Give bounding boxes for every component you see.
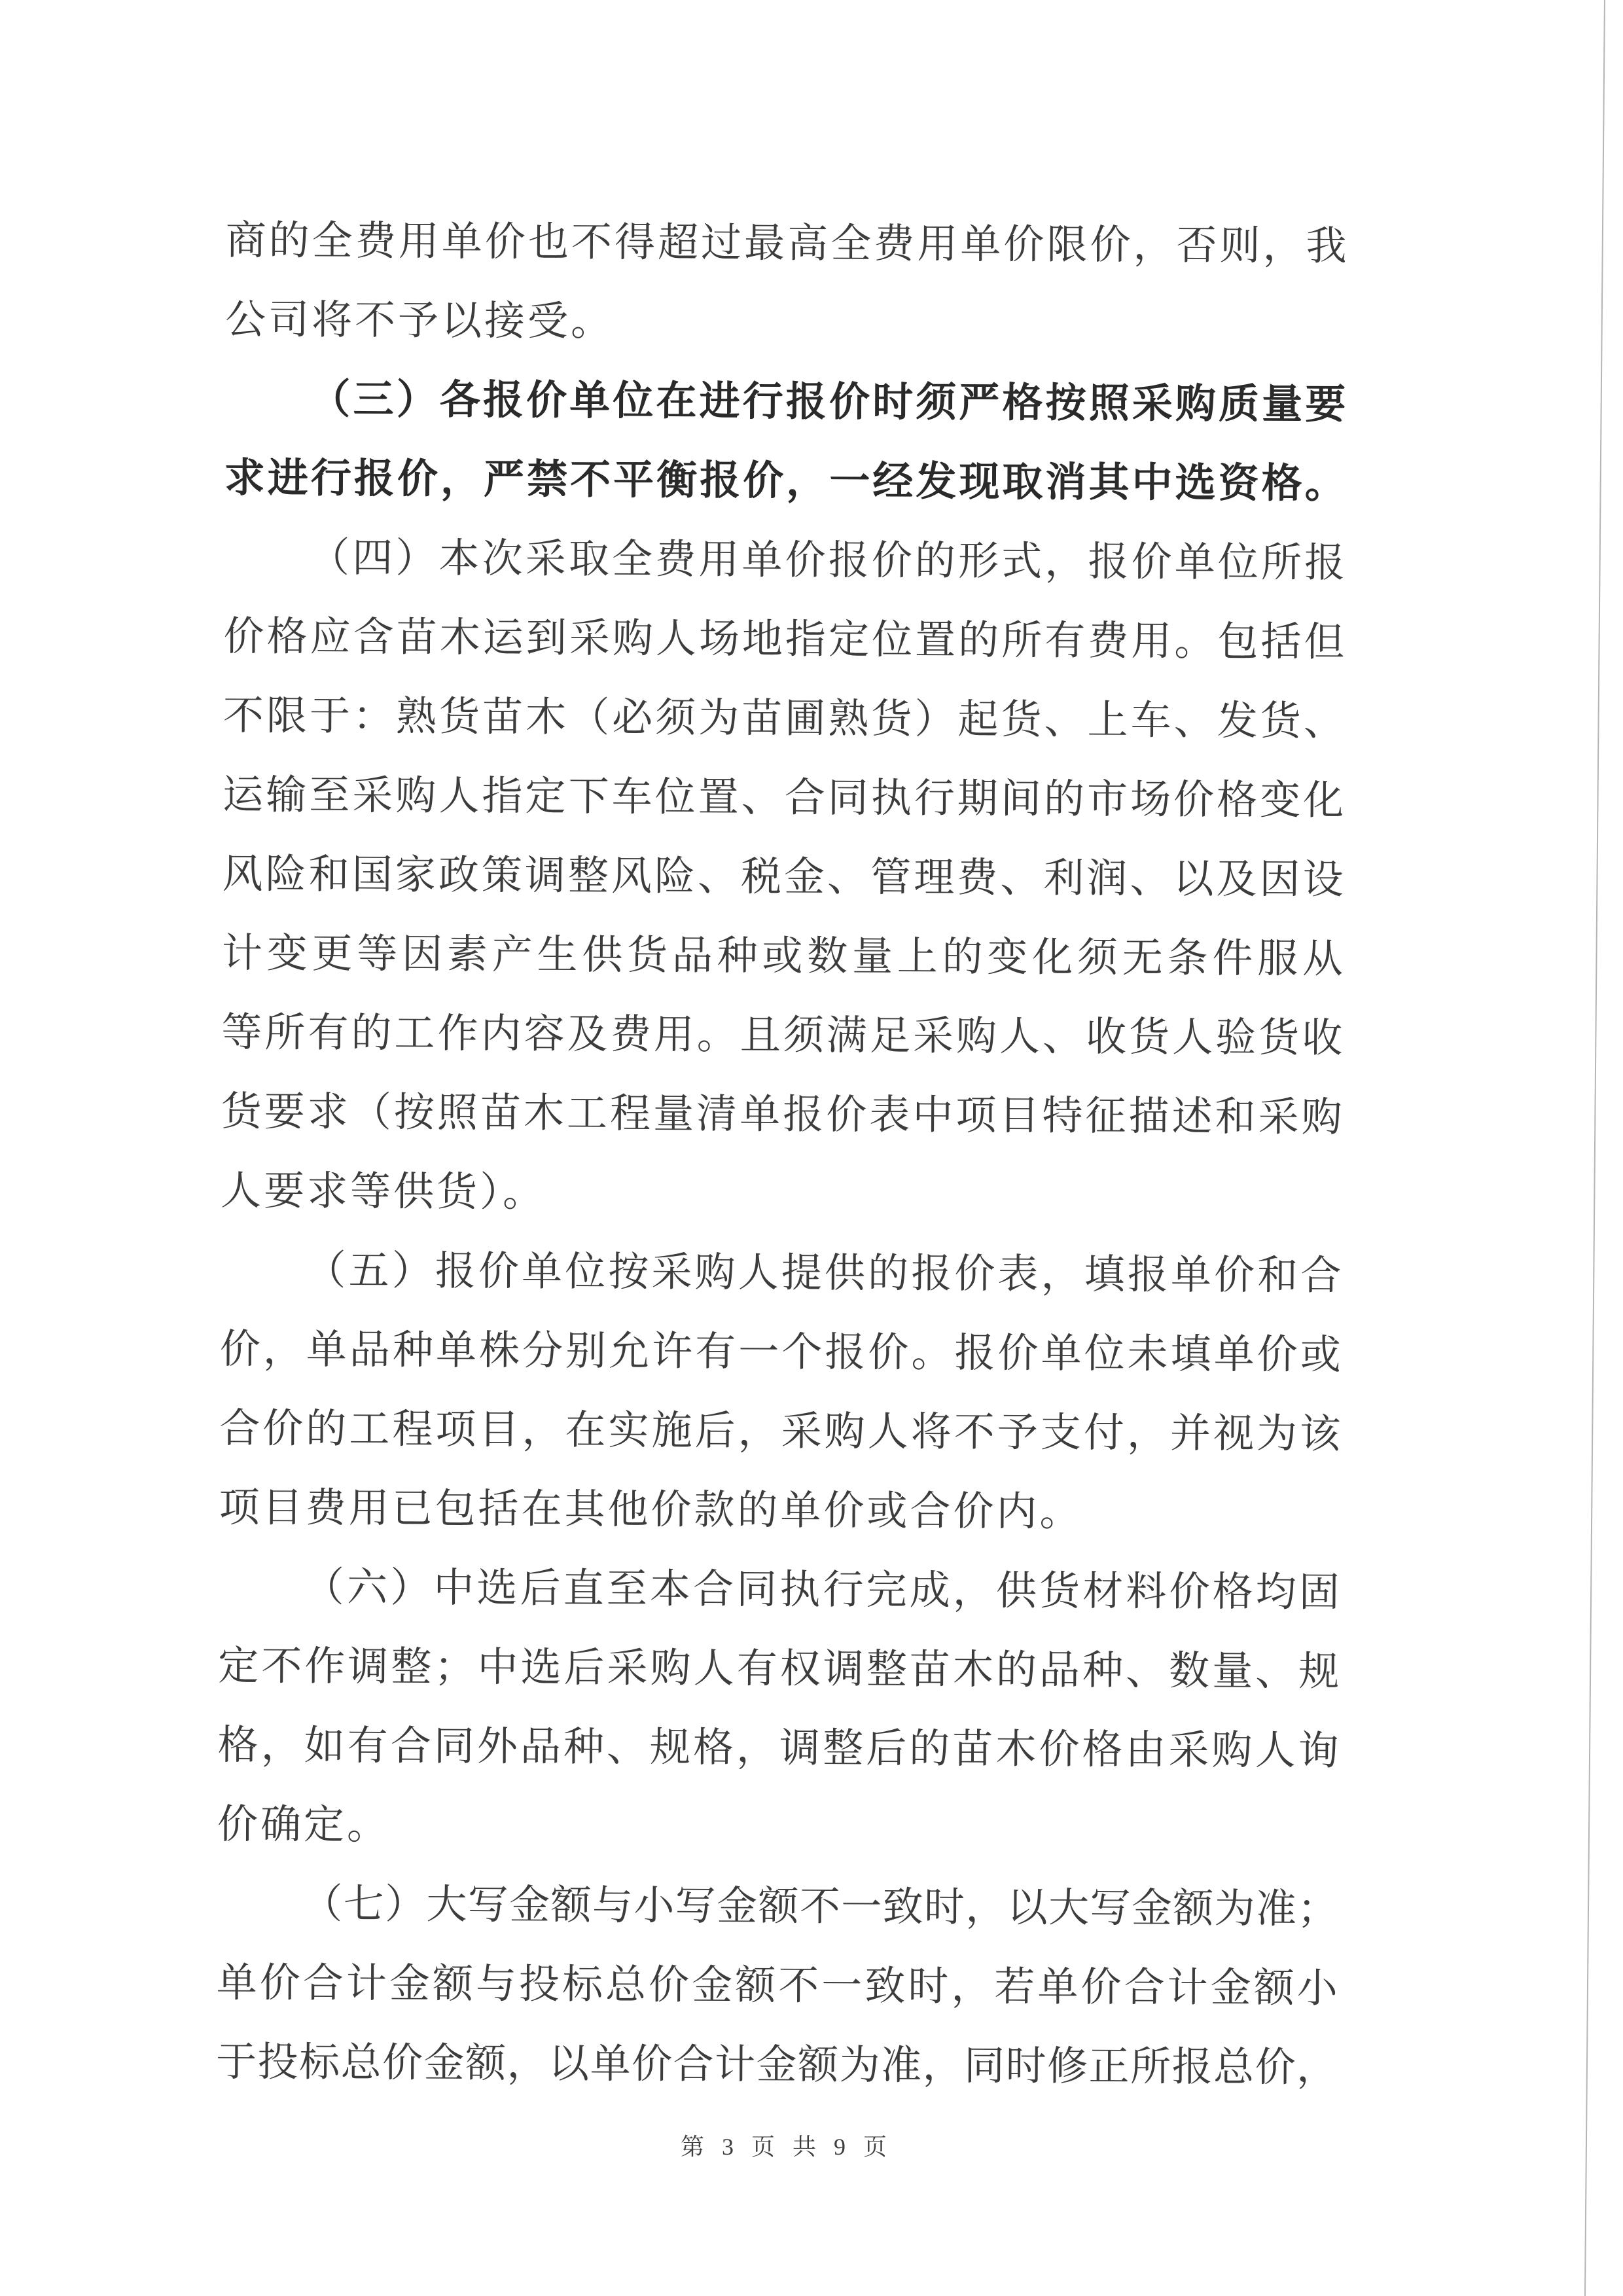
text-line: （三）各报价单位在进行报价时须严格按照采购质量要: [224, 360, 1346, 445]
text-line: 求进行报价，严禁不平衡报价，一经发现取消其中选资格。: [224, 439, 1346, 524]
text-line: （七）大写金额与小写金额不一致时，以大写金额为准；: [217, 1865, 1338, 1950]
text-line: 定不作调整；中选后采购人有权调整苗木的品种、数量、规: [218, 1627, 1340, 1712]
text-line: 风险和国家政策调整风险、税金、管理费、利润、以及因设: [222, 835, 1344, 920]
text-line: 商的全费用单价也不得超过最高全费用单价限价，否则，我: [225, 202, 1347, 287]
text-block: 商的全费用单价也不得超过最高全费用单价限价，否则，我公司将不予以接受。（三）各报…: [216, 202, 1347, 2108]
text-line: 项目费用已包括在其他价款的单价或合价内。: [219, 1469, 1340, 1554]
text-line: 等所有的工作内容及费用。且须满足采购人、收货人验货收: [221, 994, 1343, 1079]
scan-edge-line: [1584, 0, 1605, 2296]
text-line: 合价的工程项目，在实施后，采购人将不予支付，并视为该: [219, 1390, 1341, 1475]
text-line: （六）中选后直至本合同执行完成，供货材料价格均固: [219, 1548, 1340, 1633]
text-line: 单价合计金额与投标总价金额不一致时，若单价合计金额小: [216, 1944, 1338, 2029]
text-line: 于投标总价金额，以单价合计金额为准，同时修正所报总价，: [216, 2023, 1338, 2108]
text-line: （五）报价单位按采购人提供的报价表，填报单价和合: [220, 1231, 1342, 1316]
text-line: 价格应含苗木运到采购人场地指定位置的所有费用。包括但: [223, 598, 1345, 683]
text-line: 价确定。: [217, 1785, 1339, 1871]
document-page: 商的全费用单价也不得超过最高全费用单价限价，否则，我公司将不予以接受。（三）各报…: [0, 0, 1623, 2296]
text-line: 公司将不予以接受。: [225, 281, 1347, 366]
text-line: （四）本次采取全费用单价报价的形式，报价单位所报: [224, 518, 1346, 603]
text-line: 不限于：熟货苗木（必须为苗圃熟货）起货、上车、发货、: [223, 677, 1345, 762]
text-line: 格，如有合同外品种、规格，调整后的苗木价格由采购人询: [217, 1706, 1339, 1791]
text-line: 货要求（按照苗木工程量清单报价表中项目特征描述和采购: [221, 1073, 1342, 1158]
text-line: 计变更等因素产生供货品种或数量上的变化须无条件服从: [222, 914, 1344, 999]
page-footer: 第 3 页 共 9 页: [681, 2128, 889, 2162]
text-line: 人要求等供货）。: [221, 1152, 1342, 1237]
text-line: 运输至采购人指定下车位置、合同执行期间的市场价格变化: [223, 756, 1344, 841]
text-line: 价，单品种单株分别允许有一个报价。报价单位未填单价或: [219, 1310, 1341, 1395]
